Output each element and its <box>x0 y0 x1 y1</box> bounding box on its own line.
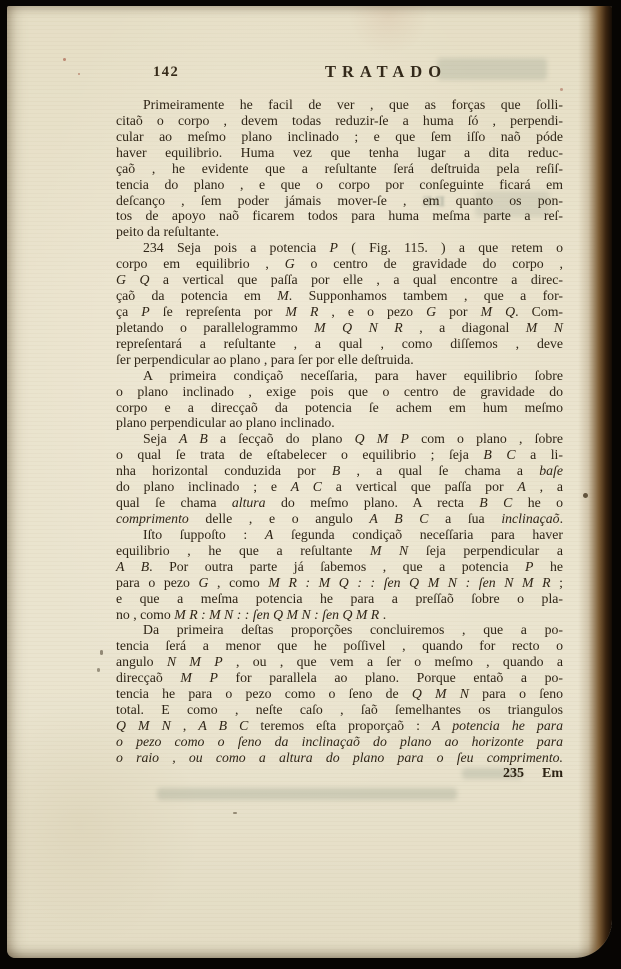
text-line: tencia ſerá a menor que he poſſivel , qu… <box>116 638 563 654</box>
text-line: angulo N M P , ou , que vem a ſer o meſm… <box>116 654 563 670</box>
bleedthrough-smudge-bottom <box>157 788 457 800</box>
paragraph: Seja A B a ſecçaõ do plano Q M P com o p… <box>116 431 563 527</box>
next-section-number: 235 <box>503 766 524 781</box>
text-line: ça P ſe repreſenta por M R , e o pezo G … <box>116 304 563 320</box>
text-line: Seja A B a ſecçaõ do plano Q M P com o p… <box>116 431 563 447</box>
text-line: G Q a vertical que paſſa por elle , a qu… <box>116 272 563 288</box>
paper-speck <box>78 73 80 75</box>
text-line: nha horizontal conduzida por B , a qual … <box>116 463 563 479</box>
paper-speck <box>63 58 66 61</box>
paragraph: Da primeira deſtas proporções concluirem… <box>116 622 563 765</box>
margin-mark <box>97 668 100 672</box>
text-line: corpo em equilibrio , G o centro de grav… <box>116 256 563 272</box>
text-line: tencia do plano , e que o corpo por conſ… <box>116 177 563 193</box>
paper-speck <box>560 88 563 91</box>
text-line: Primeiramente he facil de ver , que as f… <box>116 97 563 113</box>
text-line: citaõ o corpo , devem todas reduzir-ſe a… <box>116 113 563 129</box>
text-line: ſer perpendicular ao plano , para ſer po… <box>116 352 563 368</box>
text-body: Primeiramente he facil de ver , que as f… <box>116 97 563 766</box>
text-line: e que a meſma potencia he para a preſſaõ… <box>116 591 563 607</box>
text-line: haver equilibrio. Huma vez que tenha lug… <box>116 145 563 161</box>
margin-mark <box>100 650 103 655</box>
catchword: Em <box>542 766 563 781</box>
text-line: para o pezo G , como M R : M Q : : ſen Q… <box>116 575 563 591</box>
text-line: corpo e a direcçaõ da potencia ſe achem … <box>116 400 563 416</box>
paragraph: A primeira condiçaõ neceſſaria, para hav… <box>116 368 563 432</box>
text-line: çaõ , he evidente que a reſultante ſerá … <box>116 161 563 177</box>
text-line: tos de apoyo naõ ficarem todos para huma… <box>116 208 563 224</box>
running-title: TRATADO <box>325 62 447 82</box>
page-number: 142 <box>153 64 179 81</box>
text-line: A B. Por outra parte já ſabemos , que a … <box>116 559 563 575</box>
text-line: repreſentará a reſultante , a qual , com… <box>116 336 563 352</box>
paper-speck <box>583 493 588 498</box>
paragraph: Primeiramente he facil de ver , que as f… <box>116 97 563 240</box>
book-page-scan: DE 142 TRATADO Primeiramente he facil de… <box>7 6 612 958</box>
text-line: o qual ſe trata de eſtabelecer o equilib… <box>116 447 563 463</box>
text-line: 234 Seja pois a potencia P ( Fig. 115. )… <box>116 240 563 256</box>
text-line: o raio , ou como a altura do plano para … <box>116 750 563 766</box>
text-line: o plano inclinado , exige pois que o cen… <box>116 384 563 400</box>
bleedthrough-smudge-top <box>437 58 547 80</box>
text-line: çaõ da potencia em M. Supponhamos tambem… <box>116 288 563 304</box>
margin-mark <box>233 812 237 814</box>
text-line: qual ſe chama altura do meſmo plano. A r… <box>116 495 563 511</box>
text-line: comprimento delle , e o angulo A B C a ſ… <box>116 511 563 527</box>
text-line: A primeira condiçaõ neceſſaria, para hav… <box>116 368 563 384</box>
text-line: Q M N , A B C teremos eſta proporçaõ : A… <box>116 718 563 734</box>
text-line: deſcanço , ſem poder jámais mover-ſe , e… <box>116 193 563 209</box>
paragraph: 234 Seja pois a potencia P ( Fig. 115. )… <box>116 240 563 367</box>
text-line: plano perpendicular ao plano inclinado. <box>116 415 563 431</box>
text-line: o pezo como o ſeno da inclinaçaõ do plan… <box>116 734 563 750</box>
text-line: peito da reſultante. <box>116 224 563 240</box>
text-line: equilibrio , he que a reſultante M N ſej… <box>116 543 563 559</box>
text-line: total. E como , neſte caſo , ſaõ ſemelha… <box>116 702 563 718</box>
catchword-line: 235Em <box>116 766 563 782</box>
text-line: Iſto ſuppoſto : A ſegunda condiçaõ neceſ… <box>116 527 563 543</box>
text-line: cular ao meſmo plano inclinado ; e que ſ… <box>116 129 563 145</box>
paragraph: Iſto ſuppoſto : A ſegunda condiçaõ neceſ… <box>116 527 563 623</box>
screenshot-root: { "page": { "header": { "page_number": "… <box>0 0 621 969</box>
text-line: no , como M R : M N : : ſen Q M N : ſen … <box>116 607 563 623</box>
text-line: direcçaõ M P for parallela ao plano. Por… <box>116 670 563 686</box>
text-line: do plano inclinado ; e A C a vertical qu… <box>116 479 563 495</box>
text-line: Da primeira deſtas proporções concluirem… <box>116 622 563 638</box>
text-line: pletando o parallelogrammo M Q N R , a d… <box>116 320 563 336</box>
text-line: tencia he para o pezo como o ſeno de Q M… <box>116 686 563 702</box>
